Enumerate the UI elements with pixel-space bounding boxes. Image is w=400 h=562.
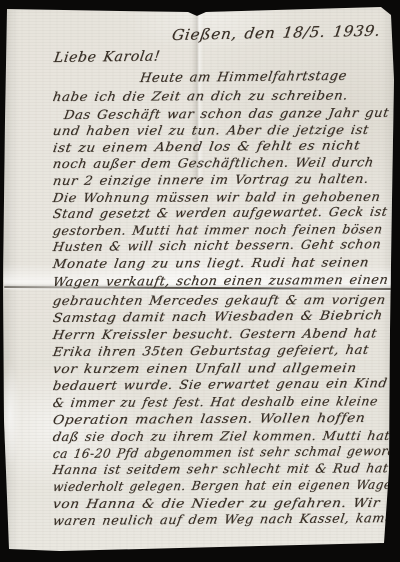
dateline: Gießen, den 18/5. 1939.	[171, 22, 382, 44]
letter-line: Herrn Kreissler besucht. Gestern Abend h…	[52, 325, 378, 342]
letter-line: Heute am Himmelfahrtstage	[139, 69, 348, 86]
letter-line: nur 2 einzige innere im Vortrag zu halte…	[52, 171, 370, 188]
letter-line: Hanna ist seitdem sehr schlecht mit & Ru…	[52, 460, 390, 477]
letter-line: Husten & will sich nicht bessern. Geht s…	[52, 236, 383, 254]
letter-line: ist zu einem Abend los & fehlt es nicht	[52, 137, 362, 155]
letter-line: ca 16-20 Pfd abgenommen ist sehr schmal …	[52, 443, 400, 461]
letter-line: Samstag damit nach Wiesbaden & Biebrich	[52, 307, 384, 325]
letter-line: waren neulich auf dem Weg nach Kassel, k…	[52, 510, 400, 528]
letter-line: bedauert wurde. Sie erwartet genau ein K…	[52, 375, 389, 393]
letter-line: und haben viel zu tun. Aber die jetzige …	[52, 122, 370, 138]
letter-line: Stand gesetzt & werden aufgewartet. Geck…	[52, 204, 389, 221]
letter-line: gebrauchten Mercedes gekauft & am vorige…	[52, 292, 387, 308]
letter-line: Operation machen lassen. Wollen hoffen	[52, 410, 367, 427]
letter-line: habe ich die Zeit an dich zu schreiben.	[52, 87, 349, 104]
letter-line: von Hanna & die Nieder zu gefahren. Wir	[52, 495, 381, 511]
letter-line: Erika ihren 35ten Geburtstag gefeiert, h…	[52, 342, 370, 359]
letter-line: & immer zu fest fest. Hat deshalb eine k…	[52, 393, 379, 410]
letter-paper: Gießen, den 18/5. 1939. Liebe Karola! He…	[0, 0, 400, 562]
letter-line: gestorben. Mutti hat immer noch feinen b…	[52, 221, 384, 238]
paper-wrinkle	[2, 340, 28, 490]
salutation: Liebe Karola!	[53, 49, 162, 66]
letter-line: Die Wohnung müssen wir bald in gehobenen	[52, 189, 382, 205]
letter-line: daß sie doch zu ihrem Ziel kommen. Mutti…	[52, 428, 391, 444]
letter-line: noch außer dem Geschäftlichen. Weil durc…	[52, 154, 375, 171]
letter-line: Monate lang zu uns liegt. Rudi hat seine…	[52, 254, 370, 271]
letter-line: vor kurzem einen Unfall und allgemein	[52, 360, 358, 376]
letter-line: Wagen verkauft, schon einen zusammen ein…	[52, 272, 390, 289]
letter-line: wiederholt gelegen. Bergen hat ein eigen…	[52, 477, 400, 494]
scan-frame: Gießen, den 18/5. 1939. Liebe Karola! He…	[0, 0, 400, 562]
letter-line: Das Geschäft war schon das ganze Jahr gu…	[63, 105, 390, 122]
